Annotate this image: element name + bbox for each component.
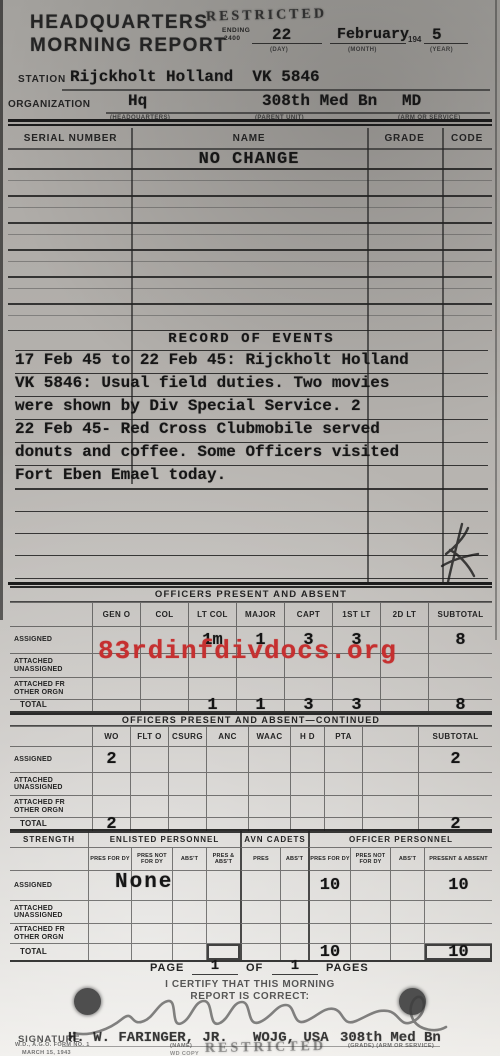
officers-top-rule xyxy=(8,582,492,585)
col-header: 1ST LT xyxy=(332,602,380,626)
sub-col-header: PRES FOR DY xyxy=(308,847,350,870)
col-header: SUBTOTAL xyxy=(418,726,492,746)
row-label: ATTACHED UNASSIGNED xyxy=(10,772,92,795)
sub-col-header: PRES NOT FOR DY xyxy=(350,847,390,870)
row-label: ATTACHED FR OTHER ORGN xyxy=(10,795,92,817)
cell xyxy=(130,746,168,772)
group-officer: OFFICER PERSONNEL xyxy=(308,831,492,847)
roster-col-grade: GRADE xyxy=(367,133,442,144)
sub-col-header: PRES xyxy=(240,847,280,870)
scan-edge-left xyxy=(0,0,3,620)
cell xyxy=(380,699,428,711)
cell xyxy=(206,746,248,772)
day-sub-label: (DAY) xyxy=(270,47,288,53)
cell xyxy=(92,677,140,699)
col-header xyxy=(362,726,418,746)
roster-col-serial: SERIAL NUMBER xyxy=(10,133,131,144)
cell xyxy=(168,746,206,772)
organization-unit: Hq xyxy=(128,92,147,110)
row-label: TOTAL xyxy=(10,699,92,711)
cell: 3 xyxy=(332,699,380,711)
cell xyxy=(131,923,172,943)
cell: 10 xyxy=(424,870,492,900)
scan-edge-right xyxy=(495,0,497,640)
cell xyxy=(130,772,168,795)
row-label: ATTACHED FR OTHER ORGN xyxy=(10,677,92,699)
cell xyxy=(248,772,290,795)
watermark-text: 83rdinfdivdocs.org xyxy=(98,636,397,666)
strength-header: STRENGTH xyxy=(10,831,88,847)
blank-line xyxy=(15,553,488,556)
roster-entry-no-change: NO CHANGE xyxy=(131,150,367,169)
cell xyxy=(130,795,168,817)
pages-value: 1 xyxy=(272,958,318,975)
col-header: COL xyxy=(140,602,188,626)
signature-name: H. W. FARINGER, JR. xyxy=(68,1030,228,1046)
organization-label: ORGANIZATION xyxy=(8,99,90,110)
events-line: were shown by Div Special Service. 2 xyxy=(15,397,488,420)
cell xyxy=(92,772,130,795)
events-line: Fort Eben Emael today. xyxy=(15,466,488,489)
month-sub-label: (MONTH) xyxy=(348,47,377,53)
cell xyxy=(92,795,130,817)
restricted-stamp-top: RESTRICTED xyxy=(206,6,327,25)
organization-parent-unit: 308th Med Bn xyxy=(262,92,377,110)
col-header: H D xyxy=(290,726,324,746)
year-prefix: 194 xyxy=(408,35,421,44)
station-label: STATION xyxy=(18,74,66,85)
cell xyxy=(418,795,492,817)
cell xyxy=(350,900,390,923)
cell xyxy=(172,870,206,900)
ending-time: 2400 xyxy=(224,35,240,42)
cell xyxy=(362,772,418,795)
sub-col-header: ABS'T xyxy=(390,847,424,870)
cell: 1 xyxy=(236,699,284,711)
col-header: CSURG xyxy=(168,726,206,746)
cell xyxy=(390,900,424,923)
col-header: 2D LT xyxy=(380,602,428,626)
cell xyxy=(88,900,131,923)
sub-col-header: ABS'T xyxy=(172,847,206,870)
cell xyxy=(290,746,324,772)
group-enlisted: ENLISTED PERSONNEL xyxy=(88,831,240,847)
cell xyxy=(248,795,290,817)
cell xyxy=(390,943,424,960)
group-avn-cadets: AVN CADETS xyxy=(240,831,308,847)
cell xyxy=(168,772,206,795)
row-label: ASSIGNED xyxy=(10,746,92,772)
cell xyxy=(350,923,390,943)
cell xyxy=(206,870,240,900)
cell xyxy=(88,923,131,943)
ending-label: ENDING xyxy=(222,27,250,34)
cell: 8 xyxy=(428,699,492,711)
blank-line xyxy=(15,509,488,512)
col-header: GEN O xyxy=(92,602,140,626)
form-number-line2: MARCH 15, 1943 xyxy=(22,1050,71,1056)
officers-continued-table: OFFICERS PRESENT AND ABSENT—CONTINUED WO… xyxy=(10,713,492,833)
wd-copy-text: WD COPY xyxy=(170,1051,199,1056)
roster-col-name: NAME xyxy=(131,133,367,144)
row-label: TOTAL xyxy=(10,943,88,960)
cell xyxy=(240,900,280,923)
of-label: OF xyxy=(246,962,263,974)
name-sub-label: (NAME) xyxy=(170,1043,192,1049)
year-sub-label: (YEAR) xyxy=(430,47,453,53)
cell xyxy=(206,772,248,795)
cell xyxy=(172,900,206,923)
sub-col-header: PRES NOT FOR DY xyxy=(131,847,172,870)
events-title: RECORD OF EVENTS xyxy=(15,331,488,351)
divider-rule-heavy xyxy=(8,119,492,122)
cell: 10 xyxy=(424,943,492,960)
sub-col-header: PRES & ABS'T xyxy=(206,847,240,870)
col-header: LT COL xyxy=(188,602,236,626)
cell xyxy=(424,900,492,923)
year-underline xyxy=(424,28,468,44)
cell: 2 xyxy=(92,746,130,772)
cell xyxy=(168,795,206,817)
cell xyxy=(280,900,308,923)
corner-cell xyxy=(10,847,88,870)
cell xyxy=(140,699,188,711)
blank-line xyxy=(15,487,488,490)
cell xyxy=(390,870,424,900)
organization-underline xyxy=(106,112,490,114)
cell xyxy=(350,870,390,900)
cell xyxy=(390,923,424,943)
day-underline xyxy=(252,28,322,44)
col-header: SUBTOTAL xyxy=(428,602,492,626)
cell xyxy=(206,923,240,943)
cell xyxy=(308,900,350,923)
divider-rule-light xyxy=(8,124,492,126)
cell xyxy=(324,795,362,817)
organization-arm: MD xyxy=(402,92,421,110)
col-header: MAJOR xyxy=(236,602,284,626)
col-header: PTA xyxy=(324,726,362,746)
handwritten-initials xyxy=(438,520,482,586)
cell xyxy=(206,795,248,817)
cell xyxy=(131,943,172,960)
roster-blank-rows xyxy=(8,168,492,331)
cell xyxy=(362,795,418,817)
month-underline xyxy=(330,28,406,44)
row-label: ATTACHED UNASSIGNED xyxy=(10,653,92,677)
form-number-line1: W.D., A.G.O. FORM NO. 1 xyxy=(15,1042,90,1048)
page-value: 1 xyxy=(192,958,238,975)
row-label: ATTACHED UNASSIGNED xyxy=(10,900,88,923)
cell xyxy=(140,677,188,699)
corner-cell xyxy=(10,726,92,746)
cell: 3 xyxy=(284,699,332,711)
col-header: CAPT xyxy=(284,602,332,626)
roster-col-code: CODE xyxy=(442,133,492,144)
cell xyxy=(290,772,324,795)
cell xyxy=(418,772,492,795)
row-label: ASSIGNED xyxy=(10,870,88,900)
col-header: WAAC xyxy=(248,726,290,746)
cell xyxy=(131,900,172,923)
row-label: ATTACHED FR OTHER ORGN xyxy=(10,923,88,943)
cell xyxy=(308,923,350,943)
col-header: FLT O xyxy=(130,726,168,746)
col-header: ANC xyxy=(206,726,248,746)
row-label: ASSIGNED xyxy=(10,626,92,653)
table-title: OFFICERS PRESENT AND ABSENT xyxy=(10,588,492,602)
cell xyxy=(424,923,492,943)
sub-col-header: PRES FOR DY xyxy=(88,847,131,870)
cell: 10 xyxy=(308,870,350,900)
blank-line xyxy=(15,576,488,579)
cell xyxy=(290,795,324,817)
station-underline xyxy=(62,89,490,91)
table-title: OFFICERS PRESENT AND ABSENT—CONTINUED xyxy=(10,715,492,726)
enlisted-none-entry: None xyxy=(115,871,173,894)
cell xyxy=(280,870,308,900)
cell xyxy=(240,870,280,900)
page-label: PAGE xyxy=(150,962,184,974)
events-line: donuts and coffee. Some Officers visited xyxy=(15,443,488,466)
cell xyxy=(172,923,206,943)
events-line: 22 Feb 45- Red Cross Clubmobile served xyxy=(15,420,488,443)
corner-cell xyxy=(10,602,92,626)
cell xyxy=(280,923,308,943)
cell xyxy=(88,943,131,960)
cell xyxy=(92,699,140,711)
form-title-line2: MORNING REPORT xyxy=(30,35,227,57)
cell xyxy=(324,772,362,795)
events-line: 17 Feb 45 to 22 Feb 45: Rijckholt Hollan… xyxy=(15,351,488,374)
cell xyxy=(350,943,390,960)
grade-sub-label: (GRADE) (ARM OR SERVICE) xyxy=(348,1043,434,1049)
cell: 8 xyxy=(428,626,492,653)
restricted-stamp-bottom: RESTRICTED xyxy=(205,1039,326,1056)
cell xyxy=(324,746,362,772)
cell xyxy=(380,677,428,699)
sub-col-header: ABS'T xyxy=(280,847,308,870)
form-title-line1: HEADQUARTERS xyxy=(30,12,208,34)
station-value: Rijckholt Holland VK 5846 xyxy=(70,68,320,86)
strength-table: STRENGTH ENLISTED PERSONNEL AVN CADETS O… xyxy=(10,829,492,962)
events-line: VK 5846: Usual field duties. Two movies xyxy=(15,374,488,397)
col-header: WO xyxy=(92,726,130,746)
cell xyxy=(362,746,418,772)
morning-report-document: HEADQUARTERS MORNING REPORT RESTRICTED E… xyxy=(0,0,500,1056)
cell xyxy=(206,900,240,923)
blank-line xyxy=(15,531,488,534)
certify-line1: I CERTIFY THAT THIS MORNING xyxy=(120,979,380,990)
cell: 1 xyxy=(188,699,236,711)
pages-label: PAGES xyxy=(326,962,369,974)
cell xyxy=(248,746,290,772)
cell xyxy=(240,923,280,943)
cell: 2 xyxy=(418,746,492,772)
sub-col-header: PRESENT & ABSENT xyxy=(424,847,492,870)
cell xyxy=(428,653,492,677)
